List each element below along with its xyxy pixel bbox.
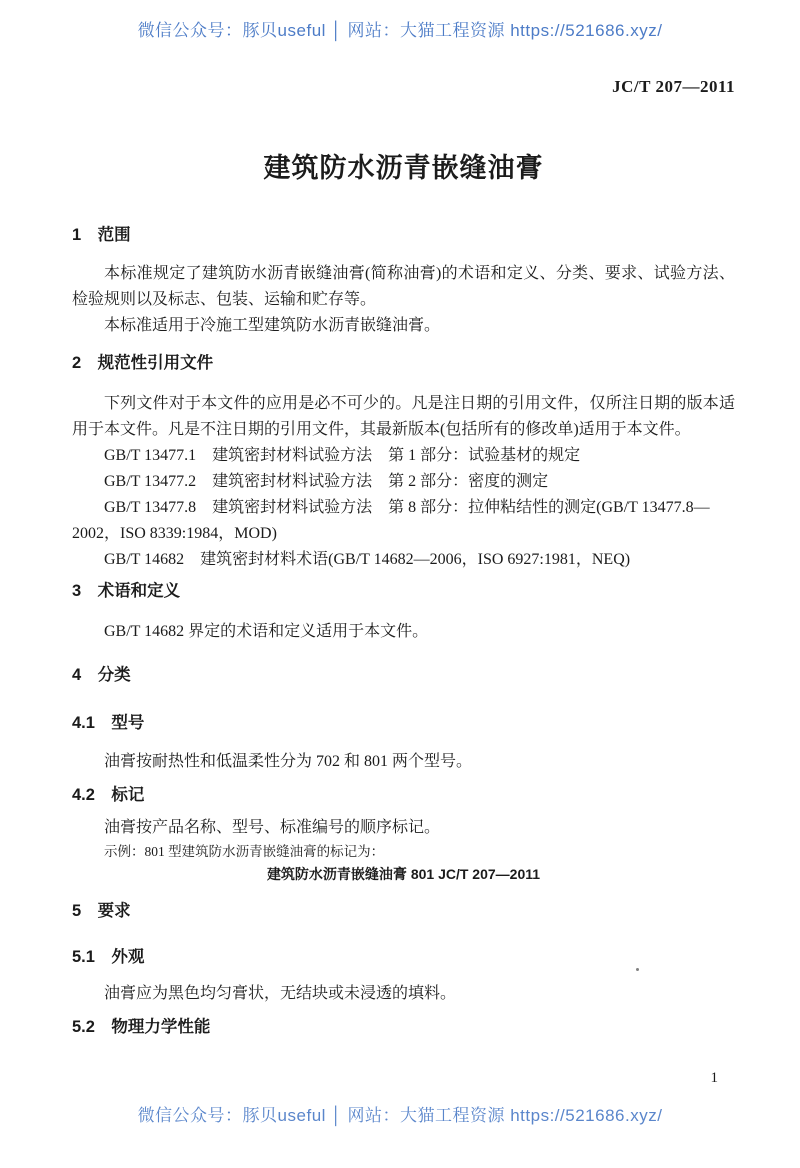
- section-1-paragraph-2: 本标准适用于冷施工型建筑防水沥青嵌缝油膏。: [72, 313, 735, 339]
- section-4-1-paragraph-1: 油膏按耐热性和低温柔性分为 702 和 801 两个型号。: [72, 749, 735, 775]
- scan-speck: [636, 968, 639, 971]
- section-4-heading: 4 分类: [72, 663, 735, 687]
- reference-item: GB/T 13477.1 建筑密封材料试验方法 第 1 部分：试验基材的规定: [72, 443, 735, 469]
- page-title: 建筑防水沥青嵌缝油膏: [72, 147, 735, 189]
- section-3-heading: 3 术语和定义: [72, 579, 735, 603]
- section-1-heading: 1 范围: [72, 223, 735, 247]
- section-5-heading: 5 要求: [72, 899, 735, 923]
- doc-code: JC/T 207—2011: [72, 76, 735, 98]
- section-2-intro: 下列文件对于本文件的应用是必不可少的。凡是注日期的引用文件，仅所注日期的版本适用…: [72, 391, 735, 443]
- section-5-1-paragraph-1: 油膏应为黑色均匀膏状，无结块或未浸透的填料。: [72, 981, 735, 1007]
- section-4-1-heading: 4.1 型号: [72, 711, 735, 735]
- reference-item: GB/T 14682 建筑密封材料术语(GB/T 14682—2006，ISO …: [72, 547, 735, 573]
- reference-item: GB/T 13477.8 建筑密封材料试验方法 第 8 部分：拉伸粘结性的测定(…: [72, 495, 735, 547]
- example-designation: 建筑防水沥青嵌缝油膏 801 JC/T 207—2011: [72, 863, 735, 885]
- watermark-top: 微信公众号：豚贝useful │ 网站：大猫工程资源 https://52168…: [0, 0, 800, 43]
- reference-item: GB/T 13477.2 建筑密封材料试验方法 第 2 部分：密度的测定: [72, 469, 735, 495]
- section-3-paragraph-1: GB/T 14682 界定的术语和定义适用于本文件。: [72, 619, 735, 645]
- section-1-paragraph-1: 本标准规定了建筑防水沥青嵌缝油膏(简称油膏)的术语和定义、分类、要求、试验方法、…: [72, 261, 735, 313]
- section-2-heading: 2 规范性引用文件: [72, 351, 735, 375]
- page-number: 1: [711, 1068, 719, 1088]
- section-5-1-heading: 5.1 外观: [72, 945, 735, 969]
- section-4-2-heading: 4.2 标记: [72, 783, 735, 807]
- watermark-bottom: 微信公众号：豚贝useful │ 网站：大猫工程资源 https://52168…: [0, 1104, 800, 1128]
- section-5-2-heading: 5.2 物理力学性能: [72, 1015, 735, 1039]
- section-4-2-paragraph-1: 油膏按产品名称、型号、标准编号的顺序标记。: [72, 815, 735, 841]
- document-page: 微信公众号：豚贝useful │ 网站：大猫工程资源 https://52168…: [0, 0, 800, 1168]
- example-label: 示例：801 型建筑防水沥青嵌缝油膏的标记为：: [104, 841, 735, 863]
